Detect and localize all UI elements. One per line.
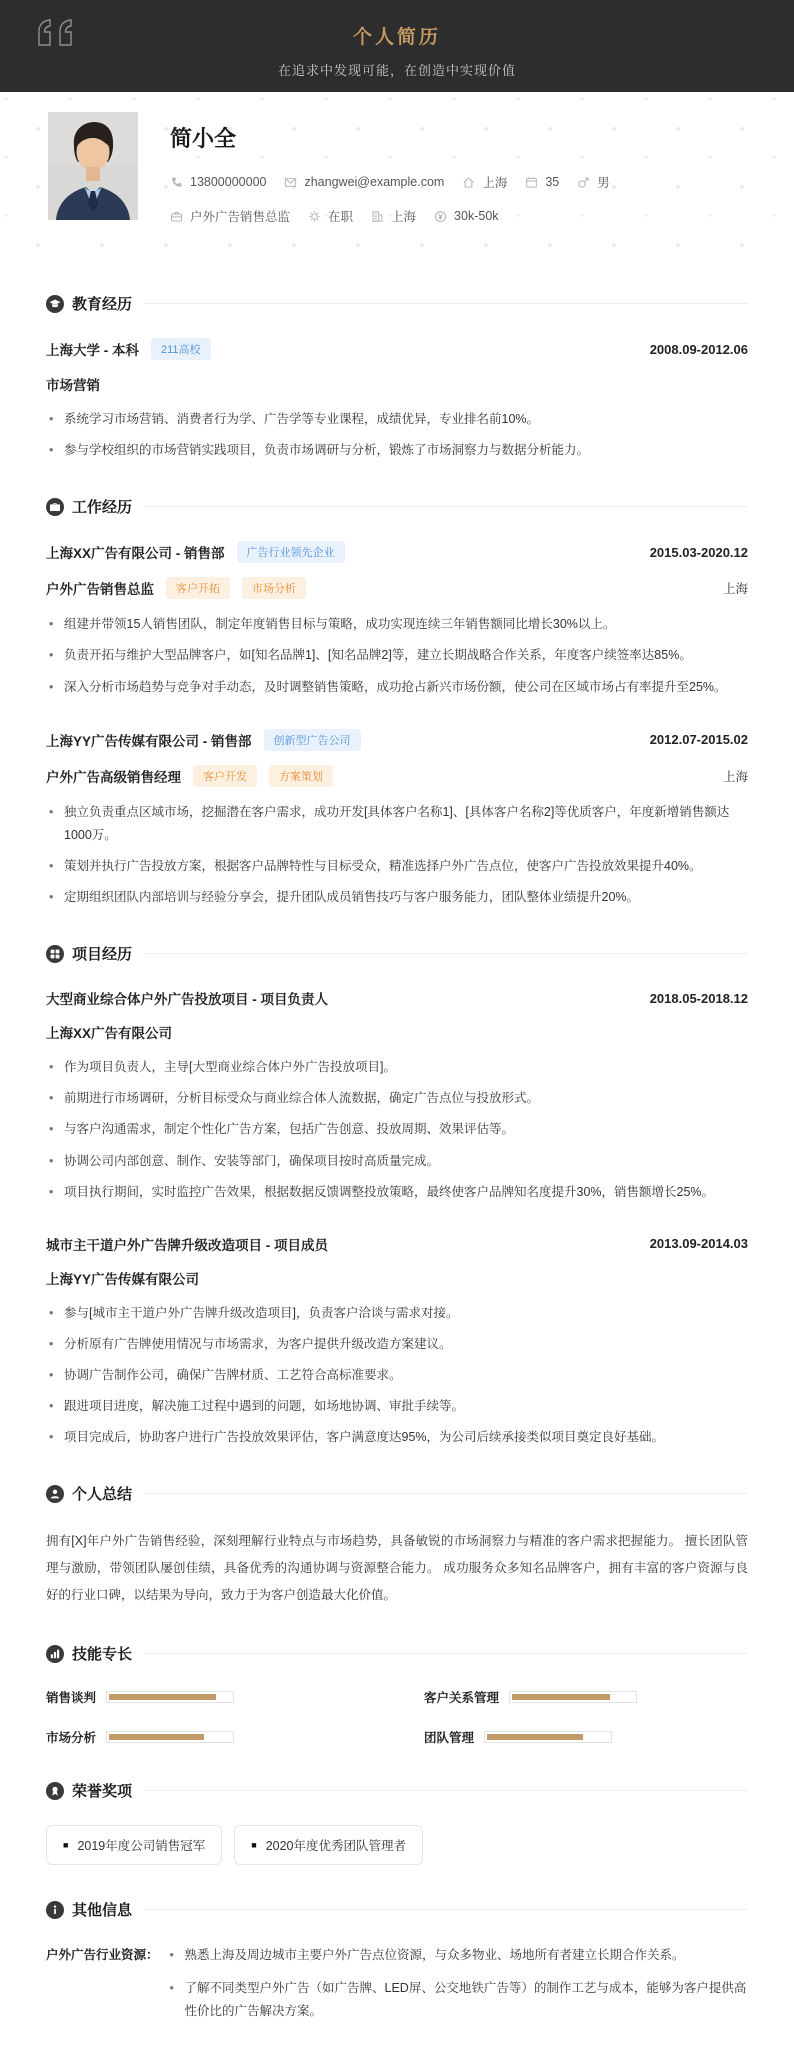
- skill-label: 销售谈判: [46, 1688, 96, 1706]
- bullet-item: 协调广告制作公司，确保广告牌材质、工艺符合高标准要求。: [46, 1364, 748, 1387]
- honors-title: 荣誉奖项: [72, 1780, 132, 1801]
- mail-icon: [284, 176, 297, 189]
- phone-icon: [170, 176, 183, 189]
- skill-fill: [487, 1734, 583, 1740]
- bullet-item: 系统学习市场营销、消费者行为学、广告学等专业课程，成绩优异，专业排名前10%。: [46, 408, 748, 431]
- award-text: 2019年度公司销售冠军: [77, 1836, 205, 1854]
- person-icon: [46, 1485, 64, 1503]
- skill-item: 团队管理: [424, 1728, 748, 1746]
- contact-row-1: 13800000000 zhangwei@example.com 上海: [170, 173, 746, 191]
- resume-content: 教育经历 上海大学 - 本科 211高校 2008.09-2012.06 市场营…: [0, 255, 794, 2061]
- profile-section: 简小全 13800000000 zhangwei@example.com: [0, 92, 794, 255]
- project-date: 2018.05-2018.12: [650, 991, 748, 1006]
- phone-value: 13800000000: [190, 175, 266, 189]
- work-location: 上海: [723, 767, 748, 785]
- page-subtitle: 在追求中发现可能，在创造中实现价值: [0, 60, 794, 79]
- bullet-item: 组建并带领15人销售团队，制定年度销售目标与策略，成功实现连续三年销售额同比增长…: [46, 613, 748, 636]
- section-honors: 荣誉奖项 ■ 2019年度公司销售冠军 ■ 2020年度优秀团队管理者: [46, 1780, 748, 1865]
- company-name: 上海XX广告有限公司 - 销售部: [46, 542, 225, 562]
- divider: [144, 953, 748, 954]
- skill-bar: [106, 1691, 234, 1703]
- bullet-item: 作为项目负责人，主导[大型商业综合体户外广告投放项目]。: [46, 1056, 748, 1079]
- education-title: 教育经历: [72, 293, 132, 314]
- salary-value: 30k-50k: [454, 209, 498, 223]
- bullet-item: 深入分析市场趋势与竞争对手动态，及时调整销售策略，成功抢占新兴市场份额，使公司在…: [46, 676, 748, 699]
- divider: [144, 1493, 748, 1494]
- contact-row-2: 户外广告销售总监 在职 上海: [170, 207, 746, 225]
- city-item: 上海: [462, 173, 507, 191]
- section-projects: 项目经历 大型商业综合体户外广告投放项目 - 项目负责人 2018.05-201…: [46, 943, 748, 1449]
- projects-header: 项目经历: [46, 943, 748, 964]
- project-name: 城市主干道户外广告牌升级改造项目 - 项目成员: [46, 1234, 328, 1254]
- home-icon: [462, 176, 475, 189]
- school-name: 上海大学 - 本科: [46, 339, 139, 359]
- section-skills: 技能专长 销售谈判 客户关系管理 市场分析 团队管理: [46, 1643, 748, 1746]
- other-info-label: 户外广告行业资源：: [46, 1944, 159, 1967]
- project-entry-2: 城市主干道户外广告牌升级改造项目 - 项目成员 2013.09-2014.03 …: [46, 1234, 748, 1450]
- divider: [144, 1653, 748, 1654]
- gender-icon: [577, 176, 590, 189]
- profile-info: 简小全 13800000000 zhangwei@example.com: [170, 112, 746, 241]
- bullet-item: 项目完成后，协助客户进行广告投放效果评估，客户满意度达95%，为公司后续承接类似…: [46, 1426, 748, 1449]
- project-bullets: 作为项目负责人，主导[大型商业综合体户外广告投放项目]。 前期进行市场调研，分析…: [46, 1056, 748, 1204]
- bullet-item: 定期组织团队内部培训与经验分享会，提升团队成员销售技巧与客户服务能力，团队整体业…: [46, 886, 748, 909]
- education-date: 2008.09-2012.06: [650, 342, 748, 357]
- section-summary: 个人总结 拥有[X]年户外广告销售经验，深刻理解行业特点与市场趋势，具备敏锐的市…: [46, 1483, 748, 1609]
- bullet-item: 负责开拓与维护大型品牌客户，如[知名品牌1]、[知名品牌2]等，建立长期战略合作…: [46, 644, 748, 667]
- summary-title: 个人总结: [72, 1483, 132, 1504]
- skill-fill: [109, 1734, 204, 1740]
- bullet-item: 了解不同类型户外广告（如广告牌、LED屏、公交地铁广告等）的制作工艺与成本，能够…: [167, 1977, 748, 2023]
- work-entry-2: 上海YY广告传媒有限公司 - 销售部 创新型广告公司 2012.07-2015.…: [46, 729, 748, 910]
- project-date: 2013.09-2014.03: [650, 1236, 748, 1251]
- building-icon: [371, 210, 384, 223]
- bullet-item: 参与学校组织的市场营销实践项目，负责市场调研与分析，锻炼了市场洞察力与数据分析能…: [46, 439, 748, 462]
- other-title: 其他信息: [72, 1899, 132, 1920]
- position-value: 户外广告销售总监: [190, 207, 290, 225]
- bullet-item: 与客户沟通需求，制定个性化广告方案，包括广告创意、投放周期、效果评估等。: [46, 1118, 748, 1141]
- email-item: zhangwei@example.com: [284, 175, 444, 189]
- salary-icon: [434, 210, 447, 223]
- bullet-item: 参与[城市主干道户外广告牌升级改造项目]，负责客户洽谈与需求对接。: [46, 1302, 748, 1325]
- work-bullets: 独立负责重点区域市场，挖掘潜在客户需求，成功开发[具体客户名称1]、[具体客户名…: [46, 801, 748, 910]
- header-banner: 个人简历 在追求中发现可能，在创造中实现价值: [0, 0, 794, 92]
- education-header: 教育经历: [46, 293, 748, 314]
- work-title: 工作经历: [72, 496, 132, 517]
- work-date: 2012.07-2015.02: [650, 732, 748, 747]
- grid-icon: [46, 945, 64, 963]
- work-location: 上海: [723, 579, 748, 597]
- award-marker-icon: ■: [251, 1841, 256, 1850]
- email-value: zhangwei@example.com: [304, 175, 444, 189]
- divider: [144, 1790, 748, 1791]
- candidate-name: 简小全: [170, 122, 746, 153]
- section-other: 其他信息 户外广告行业资源： 熟悉上海及周边城市主要户外广告点位资源，与众多物业…: [46, 1899, 748, 2033]
- section-work: 工作经历 上海XX广告有限公司 - 销售部 广告行业领先企业 2015.03-2…: [46, 496, 748, 909]
- skill-fill: [512, 1694, 610, 1700]
- profile-photo: [48, 112, 138, 220]
- honors-header: 荣誉奖项: [46, 1780, 748, 1801]
- quote-icon: [36, 18, 80, 53]
- other-header: 其他信息: [46, 1899, 748, 1920]
- summary-text: 拥有[X]年户外广告销售经验，深刻理解行业特点与市场趋势，具备敏锐的市场洞察力与…: [46, 1528, 748, 1609]
- age-value: 35: [545, 175, 559, 189]
- skills-grid: 销售谈判 客户关系管理 市场分析 团队管理: [46, 1688, 748, 1746]
- briefcase-section-icon: [46, 498, 64, 516]
- bullet-item: 协调公司内部创意、制作、安装等部门，确保项目按时高质量完成。: [46, 1150, 748, 1173]
- bullet-item: 项目执行期间，实时监控广告效果，根据数据反馈调整投放策略，最终使客户品牌知名度提…: [46, 1181, 748, 1204]
- project-bullets: 参与[城市主干道户外广告牌升级改造项目]，负责客户洽谈与需求对接。 分析原有广告…: [46, 1302, 748, 1450]
- info-icon: [46, 1901, 64, 1919]
- projects-title: 项目经历: [72, 943, 132, 964]
- award-pill: ■ 2020年度优秀团队管理者: [234, 1825, 423, 1865]
- work-bullets: 组建并带领15人销售团队，制定年度销售目标与策略，成功实现连续三年销售额同比增长…: [46, 613, 748, 698]
- skill-fill: [109, 1694, 216, 1700]
- city-value: 上海: [482, 173, 507, 191]
- skill-bar: [484, 1731, 612, 1743]
- skill-tag: 市场分析: [242, 577, 306, 599]
- work-city-item: 上海: [371, 207, 416, 225]
- work-header: 工作经历: [46, 496, 748, 517]
- bullet-item: 熟悉上海及周边城市主要户外广告点位资源，与众多物业、场地所有者建立长期合作关系。: [167, 1944, 748, 1967]
- skill-tag: 客户开发: [193, 765, 257, 787]
- graduation-cap-icon: [46, 295, 64, 313]
- work-entry-1: 上海XX广告有限公司 - 销售部 广告行业领先企业 2015.03-2020.1…: [46, 541, 748, 698]
- skill-item: 客户关系管理: [424, 1688, 748, 1706]
- briefcase-icon: [170, 210, 183, 223]
- skill-label: 市场分析: [46, 1728, 96, 1746]
- bullet-item: 策划并执行广告投放方案，根据客户品牌特性与目标受众，精准选择户外广告点位，使客户…: [46, 855, 748, 878]
- gender-item: 男: [577, 173, 610, 191]
- position-title: 户外广告销售总监: [46, 578, 154, 598]
- age-item: 35: [525, 175, 559, 189]
- skill-tag: 方案策划: [269, 765, 333, 787]
- bullet-item: 分析原有广告牌使用情况与市场需求，为客户提供升级改造方案建议。: [46, 1333, 748, 1356]
- bullet-item: 跟进项目进度，解决施工过程中遇到的问题，如场地协调、审批手续等。: [46, 1395, 748, 1418]
- bullet-item: 独立负责重点区域市场，挖掘潜在客户需求，成功开发[具体客户名称1]、[具体客户名…: [46, 801, 748, 847]
- page-title: 个人简历: [0, 0, 794, 49]
- skill-item: 销售谈判: [46, 1688, 370, 1706]
- major-row: 市场营销: [46, 374, 748, 394]
- project-company: 上海XX广告有限公司: [46, 1022, 172, 1042]
- skill-bar: [106, 1731, 234, 1743]
- calendar-icon: [525, 176, 538, 189]
- award-marker-icon: ■: [63, 1841, 68, 1850]
- company-badge: 创新型广告公司: [264, 729, 361, 751]
- medal-icon: [46, 1782, 64, 1800]
- skill-bar: [509, 1691, 637, 1703]
- work-city-value: 上海: [391, 207, 416, 225]
- phone-item: 13800000000: [170, 175, 266, 189]
- education-entry: 上海大学 - 本科 211高校 2008.09-2012.06 市场营销 系统学…: [46, 338, 748, 462]
- section-education: 教育经历 上海大学 - 本科 211高校 2008.09-2012.06 市场营…: [46, 293, 748, 462]
- status-value: 在职: [328, 207, 353, 225]
- company-name: 上海YY广告传媒有限公司 - 销售部: [46, 730, 252, 750]
- project-company: 上海YY广告传媒有限公司: [46, 1268, 199, 1288]
- school-badge: 211高校: [151, 338, 211, 360]
- position-item: 户外广告销售总监: [170, 207, 290, 225]
- education-bullets: 系统学习市场营销、消费者行为学、广告学等专业课程，成绩优异，专业排名前10%。 …: [46, 408, 748, 462]
- other-info-bullets: 熟悉上海及周边城市主要户外广告点位资源，与众多物业、场地所有者建立长期合作关系。…: [167, 1944, 748, 2033]
- company-badge: 广告行业领先企业: [237, 541, 345, 563]
- status-item: 在职: [308, 207, 353, 225]
- skill-item: 市场分析: [46, 1728, 370, 1746]
- position-title: 户外广告高级销售经理: [46, 766, 181, 786]
- divider: [144, 506, 748, 507]
- education-entry-row: 上海大学 - 本科 211高校 2008.09-2012.06: [46, 338, 748, 360]
- divider: [144, 1909, 748, 1910]
- skill-label: 客户关系管理: [424, 1688, 499, 1706]
- divider: [144, 303, 748, 304]
- skills-header: 技能专长: [46, 1643, 748, 1664]
- award-text: 2020年度优秀团队管理者: [266, 1836, 406, 1854]
- project-name: 大型商业综合体户外广告投放项目 - 项目负责人: [46, 988, 328, 1008]
- status-icon: [308, 210, 321, 223]
- major-name: 市场营销: [46, 374, 100, 394]
- honors-list: ■ 2019年度公司销售冠军 ■ 2020年度优秀团队管理者: [46, 1825, 748, 1865]
- salary-item: 30k-50k: [434, 209, 498, 223]
- summary-header: 个人总结: [46, 1483, 748, 1504]
- bar-chart-icon: [46, 1645, 64, 1663]
- skills-title: 技能专长: [72, 1643, 132, 1664]
- resume-page: 个人简历 在追求中发现可能，在创造中实现价值 简小全: [0, 0, 794, 2061]
- bullet-item: 前期进行市场调研，分析目标受众与商业综合体人流数据，确定广告点位与投放形式。: [46, 1087, 748, 1110]
- award-pill: ■ 2019年度公司销售冠军: [46, 1825, 222, 1865]
- project-entry-1: 大型商业综合体户外广告投放项目 - 项目负责人 2018.05-2018.12 …: [46, 988, 748, 1204]
- gender-value: 男: [597, 173, 610, 191]
- skill-label: 团队管理: [424, 1728, 474, 1746]
- other-info-row: 户外广告行业资源： 熟悉上海及周边城市主要户外广告点位资源，与众多物业、场地所有…: [46, 1944, 748, 2033]
- work-date: 2015.03-2020.12: [650, 545, 748, 560]
- skill-tag: 客户开拓: [166, 577, 230, 599]
